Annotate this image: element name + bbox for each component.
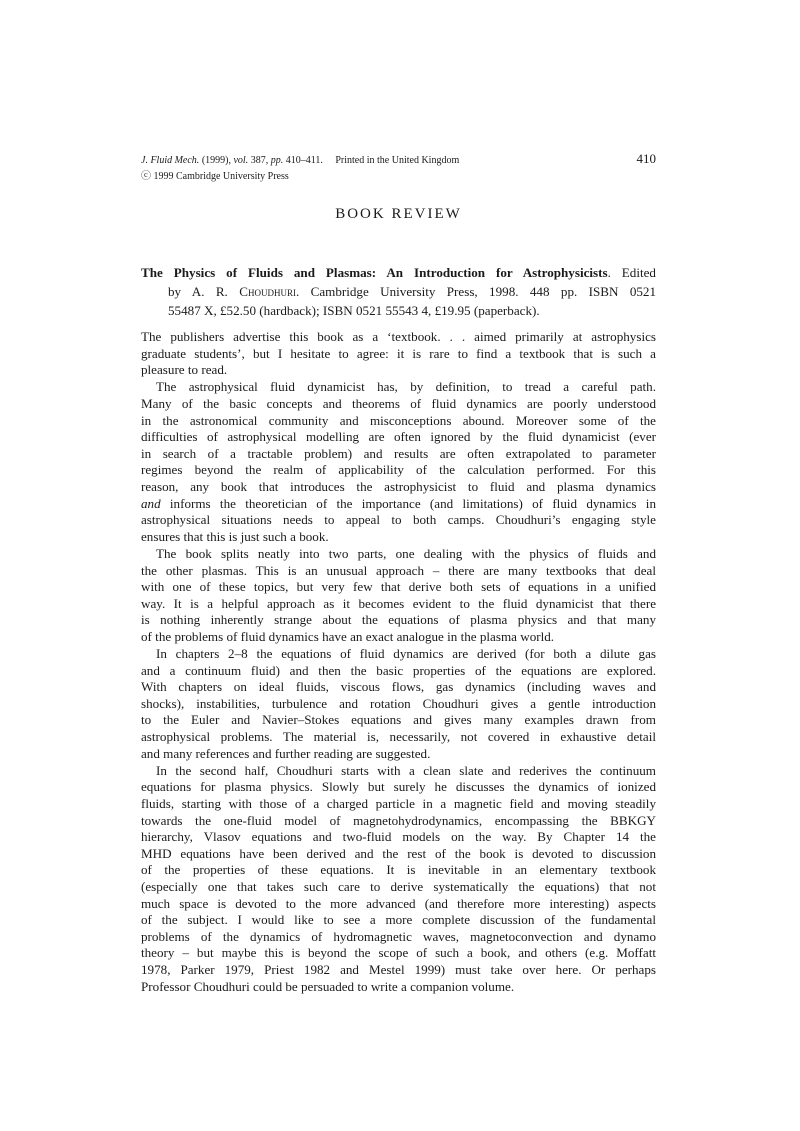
- journal-citation: J. Fluid Mech. (1999), vol. 387, pp. 410…: [141, 153, 459, 169]
- citation-by: by A. R.: [168, 284, 228, 299]
- text-line: In chapters 2–8 the equations of fluid d…: [141, 646, 656, 663]
- editor-name: Choudhuri: [239, 284, 296, 299]
- text-line: theory – but maybe this is beyond the sc…: [141, 945, 656, 962]
- book-citation: The Physics of Fluids and Plasmas: An In…: [141, 263, 656, 320]
- citation-isbn: 55487 X, £52.50 (hardback); ISBN 0521 55…: [141, 301, 656, 320]
- text-line: The book splits neatly into two parts, o…: [141, 546, 656, 563]
- journal-year: (1999),: [202, 155, 231, 166]
- text-fragment: informs the theoretician of the importan…: [161, 496, 656, 511]
- text-line: (especially one that takes such care to …: [141, 879, 656, 896]
- text-line: in search of a tractable problem) and re…: [141, 446, 656, 463]
- text-line: In the second half, Choudhuri starts wit…: [141, 763, 656, 780]
- text-line: astrophysical situations needs to appeal…: [141, 512, 656, 529]
- text-line: way. It is a helpful approach as it beco…: [141, 596, 656, 613]
- review-body: The publishers advertise this book as a …: [141, 329, 656, 996]
- printed-note: Printed in the United Kingdom: [335, 155, 459, 166]
- citation-edited: . Edited: [608, 265, 656, 280]
- text-line: to the Euler and Navier–Stokes equations…: [141, 712, 656, 729]
- pages-label: pp.: [271, 155, 284, 166]
- section-title: BOOK REVIEW: [141, 206, 656, 223]
- text-line: difficulties of astrophysical modelling …: [141, 429, 656, 446]
- paragraph-5: In the second half, Choudhuri starts wit…: [141, 763, 656, 995]
- volume-number: 387,: [251, 155, 269, 166]
- text-line: graduate students’, but I hesitate to ag…: [141, 346, 656, 363]
- text-line: problems of the dynamics of hydromagneti…: [141, 929, 656, 946]
- text-line: of the properties of these equations. It…: [141, 862, 656, 879]
- text-line: is nothing inherently strange about the …: [141, 612, 656, 629]
- volume-label: vol.: [233, 155, 248, 166]
- paragraph-4: In chapters 2–8 the equations of fluid d…: [141, 646, 656, 762]
- text-line: and informs the theoretician of the impo…: [141, 496, 656, 513]
- copyright-line: ⓒ 1999 Cambridge University Press: [141, 169, 656, 185]
- text-line: ensures that this is just such a book.: [141, 529, 656, 546]
- text-line: towards the one-fluid model of magnetohy…: [141, 813, 656, 830]
- text-line: astrophysical problems. The material is,…: [141, 729, 656, 746]
- page-number: 410: [637, 151, 657, 167]
- paragraph-2: The astrophysical fluid dynamicist has, …: [141, 379, 656, 545]
- text-line: With chapters on ideal fluids, viscous f…: [141, 679, 656, 696]
- text-line: 1978, Parker 1979, Priest 1982 and Meste…: [141, 962, 656, 979]
- text-line: Professor Choudhuri could be persuaded t…: [141, 979, 656, 996]
- text-line: in the astronomical community and miscon…: [141, 413, 656, 430]
- text-line: the other plasmas. This is an unusual ap…: [141, 563, 656, 580]
- text-line: much space is devoted to the more advanc…: [141, 896, 656, 913]
- text-line: equations for plasma physics. Slowly but…: [141, 779, 656, 796]
- text-line: pleasure to read.: [141, 362, 656, 379]
- text-line: MHD equations have been derived and the …: [141, 846, 656, 863]
- text-line: reason, any book that introduces the ast…: [141, 479, 656, 496]
- text-line: of the subject. I would like to see a mo…: [141, 912, 656, 929]
- journal-name: J. Fluid Mech.: [141, 155, 199, 166]
- text-line: shocks), instabilities, turbulence and r…: [141, 696, 656, 713]
- text-line: of the problems of fluid dynamics have a…: [141, 629, 656, 646]
- book-title: The Physics of Fluids and Plasmas: An In…: [141, 265, 608, 280]
- text-line: Many of the basic concepts and theorems …: [141, 396, 656, 413]
- text-line: and many references and further reading …: [141, 746, 656, 763]
- text-line: The astrophysical fluid dynamicist has, …: [141, 379, 656, 396]
- text-line: hierarchy, Vlasov equations and two-flui…: [141, 829, 656, 846]
- paragraph-3: The book splits neatly into two parts, o…: [141, 546, 656, 646]
- citation-publisher: . Cambridge University Press, 1998. 448 …: [296, 284, 656, 299]
- text-line: and a continuum fluid) and then the basi…: [141, 663, 656, 680]
- running-header: J. Fluid Mech. (1999), vol. 387, pp. 410…: [141, 151, 656, 185]
- text-line: with one of these topics, but very few t…: [141, 579, 656, 596]
- emphasis-and: and: [141, 496, 161, 511]
- paragraph-1: The publishers advertise this book as a …: [141, 329, 656, 379]
- text-line: The publishers advertise this book as a …: [141, 329, 656, 346]
- text-line: fluids, starting with those of a charged…: [141, 796, 656, 813]
- text-line: regimes beyond the realm of applicabilit…: [141, 462, 656, 479]
- page-range: 410–411.: [286, 155, 323, 166]
